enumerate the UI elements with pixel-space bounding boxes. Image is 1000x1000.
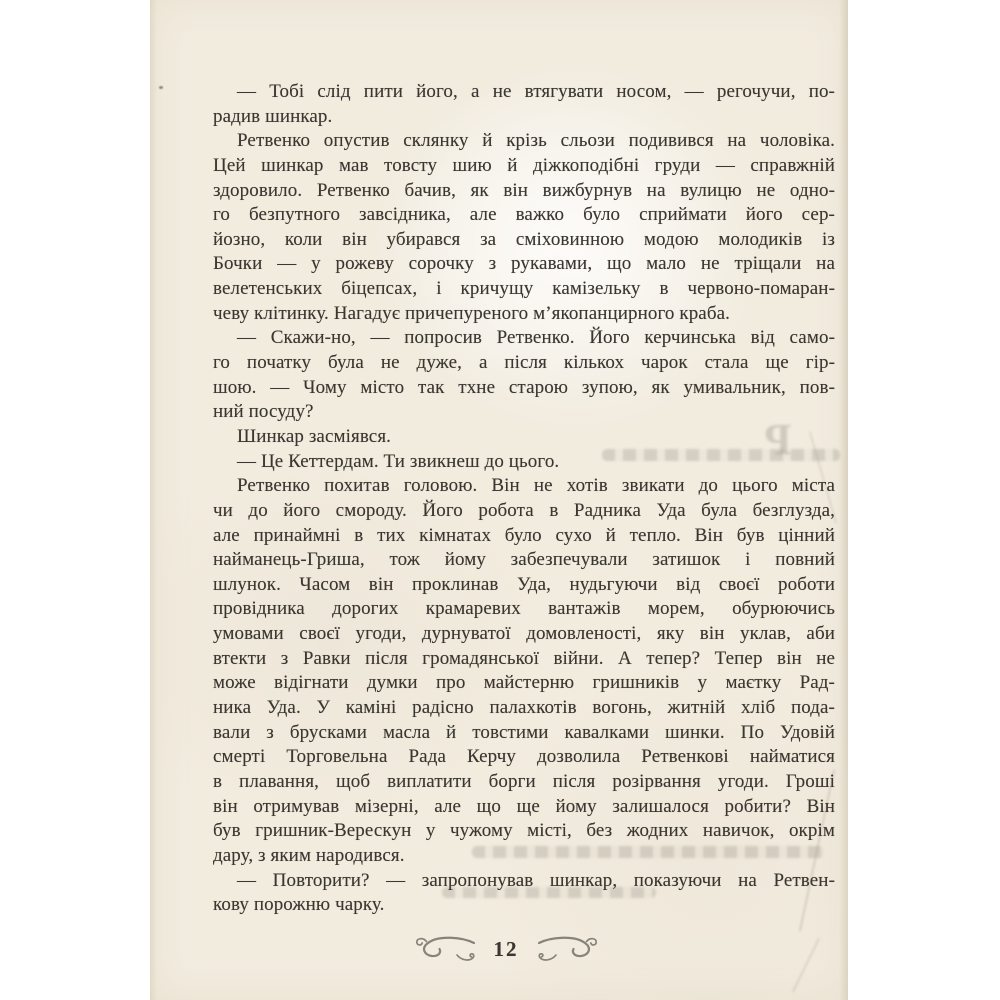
text-line: го безпутного завсідника, але важко було… [213,203,835,228]
text-line: — Скажи-но, — попросив Ретвенко. Його ке… [213,326,835,351]
text-line: був гришник-Верескун у чужому місті, без… [213,819,835,844]
page-number: 12 [494,937,519,962]
text-line: він отримував мізерні, але що ще йому за… [213,795,835,820]
text-line: але принаймні в тих кімнатах було сухо й… [213,524,835,549]
text-line: дару, з яким народився. [213,844,835,869]
text-line: ний посуду? [213,400,835,425]
text-line: кову порожню чарку. [213,893,835,918]
ink-speck [159,86,163,89]
text-line: — Тобі слід пити його, а не втягувати но… [213,80,835,105]
page-footer: 12 [150,929,848,969]
text-line: умовами своєї угоди, дурнуватої домовлен… [213,622,835,647]
text-line: Бочки — у рожеву сорочку з рукавами, що … [213,252,835,277]
text-line: може відігнати думки про майстерню гришн… [213,671,835,696]
text-line: шлунок. Часом він проклинав Уда, нудьгую… [213,573,835,598]
text-line: чеву клітинку. Нагадує причепуреного м’я… [213,302,835,327]
text-line: го початку була не дуже, а після кількох… [213,351,835,376]
text-line: втекти з Равки після громадянської війни… [213,647,835,672]
scanned-page-background: Р — Тобі слід пити його, а не втягувати … [0,0,1000,1000]
text-line: Цей шинкар мав товсту шию й діжкоподібні… [213,154,835,179]
text-line: Ретвенко похитав головою. Він не хотів з… [213,474,835,499]
text-line: Ретвенко опустив склянку й крізь сльози … [213,129,835,154]
text-line: — Повторити? — запропонував шинкар, пока… [213,869,835,894]
text-line: провідника дорогих крамаревих вантажів м… [213,597,835,622]
text-line: — Це Кеттердам. Ти звикнеш до цього. [213,450,835,475]
text-line: в плавання, щоб виплатити борги після ро… [213,770,835,795]
text-line: вали з брусками масла й товстими кавалка… [213,721,835,746]
text-line: йозно, коли він убирався за сміховинною … [213,228,835,253]
text-line: велетенських біцепсах, і кричущу камізел… [213,277,835,302]
body-text: — Тобі слід пити його, а не втягувати но… [213,80,835,918]
text-line: Шинкар засміявся. [213,425,835,450]
text-line: шою. — Чому місто так тхне старою зупою,… [213,376,835,401]
text-line: найманець-Гриша, тож йому забезпечували … [213,548,835,573]
text-line: радив шинкар. [213,105,835,130]
text-line: здоровило. Ретвенко бачив, як він вижбур… [213,179,835,204]
text-line: ника Уда. У каміні радісно палахкотів во… [213,696,835,721]
right-flourish-ornament-icon [535,935,601,963]
text-line: смерті Торговельна Рада Керчу дозволила … [213,745,835,770]
text-line: чи до його смороду. Його робота в Радник… [213,499,835,524]
left-flourish-ornament-icon [412,935,478,963]
book-page: Р — Тобі слід пити його, а не втягувати … [150,0,848,1000]
